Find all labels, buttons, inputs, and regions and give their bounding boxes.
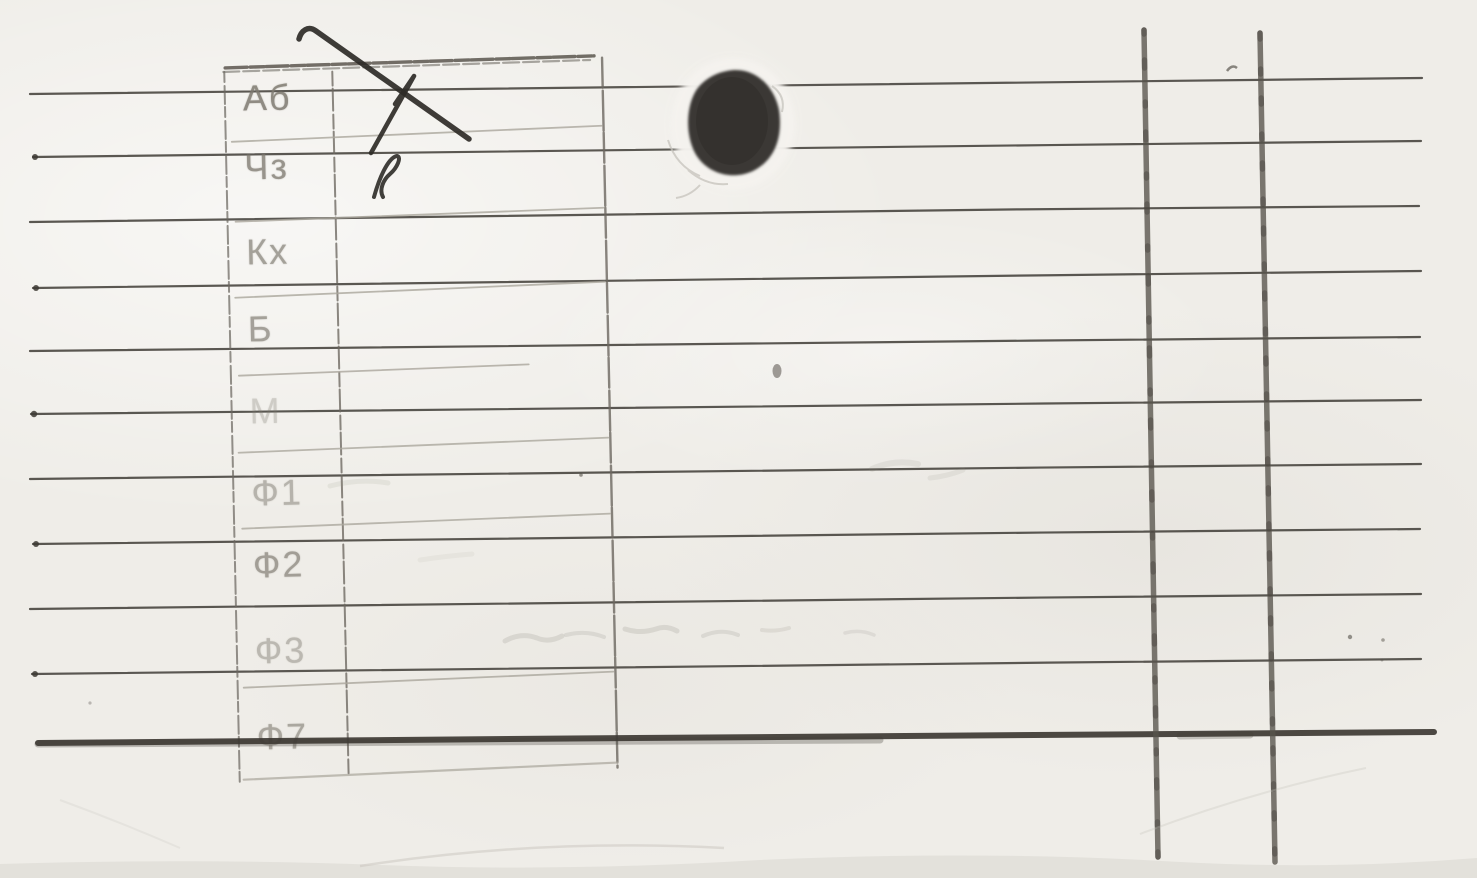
pen-cross-stroke [299,29,469,139]
small-tick [1227,67,1237,71]
pencil-smudges [330,462,963,641]
card-bottom-edge [0,768,1477,878]
paper-specks [88,364,1384,705]
pen-marks [299,29,469,197]
library-card: Аб Чз Кх Б М Ф1 Ф2 Ф3 Ф7 [0,0,1477,878]
thick-bottom-rule [38,732,1434,744]
hole-punch [688,70,780,175]
pen-loop-mark [374,156,399,197]
